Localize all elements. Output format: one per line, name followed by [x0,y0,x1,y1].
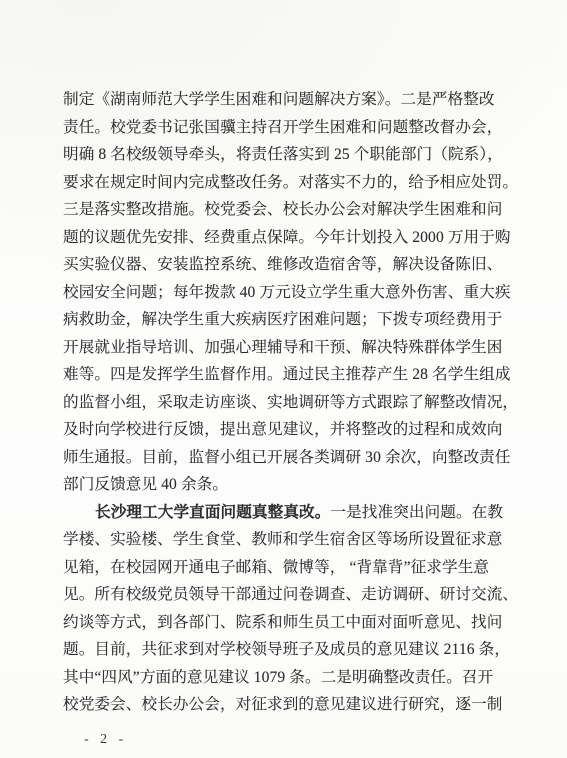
page-number: - 2 - [84,732,127,748]
text-line: 明确 8 名校级领导牵头，将责任落实到 25 个职能部门（院系）， [63,141,515,169]
text-line: 开展就业指导培训、加强心理辅导和干预、解决特殊群体学生困 [63,334,515,362]
text-line: 三是落实整改措施。校党委会、校长办公会对解决学生困难和问 [63,196,515,224]
text-line: 责任。校党委书记张国骥主持召开学生困难和问题整改督办会， [63,114,515,142]
text-line: 见箱，在校园网开通电子邮箱、微博等， “背靠背”征求学生意 [63,554,515,582]
text-line: 见。所有校级党员领导干部通过问卷调查、走访调研、研讨交流、 [63,581,515,609]
paragraph-lead-bold: 长沙理工大学直面问题真整真改。 [95,504,330,521]
text-line: 买实验仪器、安装监控系统、维修改造宿舍等，解决设备陈旧、 [63,251,515,279]
paragraph-changsha-university: 长沙理工大学直面问题真整真改。一是找准突出问题。在教 学楼、实验楼、学生食堂、教… [63,499,515,719]
text-line: 学楼、实验楼、学生食堂、教师和学生宿舍区等场所设置征求意 [63,526,515,554]
text-line: 的监督小组，采取走访座谈、实地调研等方式跟踪了解整改情况， [63,389,515,417]
text-line: 题。目前，共征求到对学校领导班子及成员的意见建议 2116 条， [63,636,515,664]
text-line: 校园安全问题；每年拨款 40 万元设立学生重大意外伤害、重大疾 [63,279,515,307]
paragraph-lead-rest: 一是找准突出问题。在教 [330,504,503,521]
text-line: 制定《湖南师范大学学生困难和问题解决方案》。二是严格整改 [63,86,515,114]
text-line: 部门反馈意见 40 余条。 [63,471,515,499]
text-line: 难等。四是发挥学生监督作用。通过民主推荐产生 28 名学生组成 [63,361,515,389]
text-line: 病救助金，解决学生重大疾病医疗困难问题；下拨专项经费用于 [63,306,515,334]
text-line: 及时向学校进行反馈，提出意见建议，并将整改的过程和成效向 [63,416,515,444]
text-line: 题的议题优先安排、经费重点保障。今年计划投入 2000 万用于购 [63,224,515,252]
text-line: 要求在规定时间内完成整改任务。对落实不力的，给予相应处罚。 [63,169,515,197]
text-line: 长沙理工大学直面问题真整真改。一是找准突出问题。在教 [63,499,515,527]
paragraph-continuation: 制定《湖南师范大学学生困难和问题解决方案》。二是严格整改 责任。校党委书记张国骥… [63,86,515,499]
text-line: 校党委会、校长办公会，对征求到的意见建议进行研究，逐一制 [63,691,515,719]
text-line: 约谈等方式，到各部门、院系和师生员工中面对面听意见、找问 [63,609,515,637]
text-line: 其中“四风”方面的意见建议 1079 条。二是明确整改责任。召开 [63,664,515,692]
document-body-text: 制定《湖南师范大学学生困难和问题解决方案》。二是严格整改 责任。校党委书记张国骥… [63,86,515,719]
text-line: 师生通报。目前，监督小组已开展各类调研 30 余次，向整改责任 [63,444,515,472]
scanned-document-page: 制定《湖南师范大学学生困难和问题解决方案》。二是严格整改 责任。校党委书记张国骥… [0,0,567,758]
